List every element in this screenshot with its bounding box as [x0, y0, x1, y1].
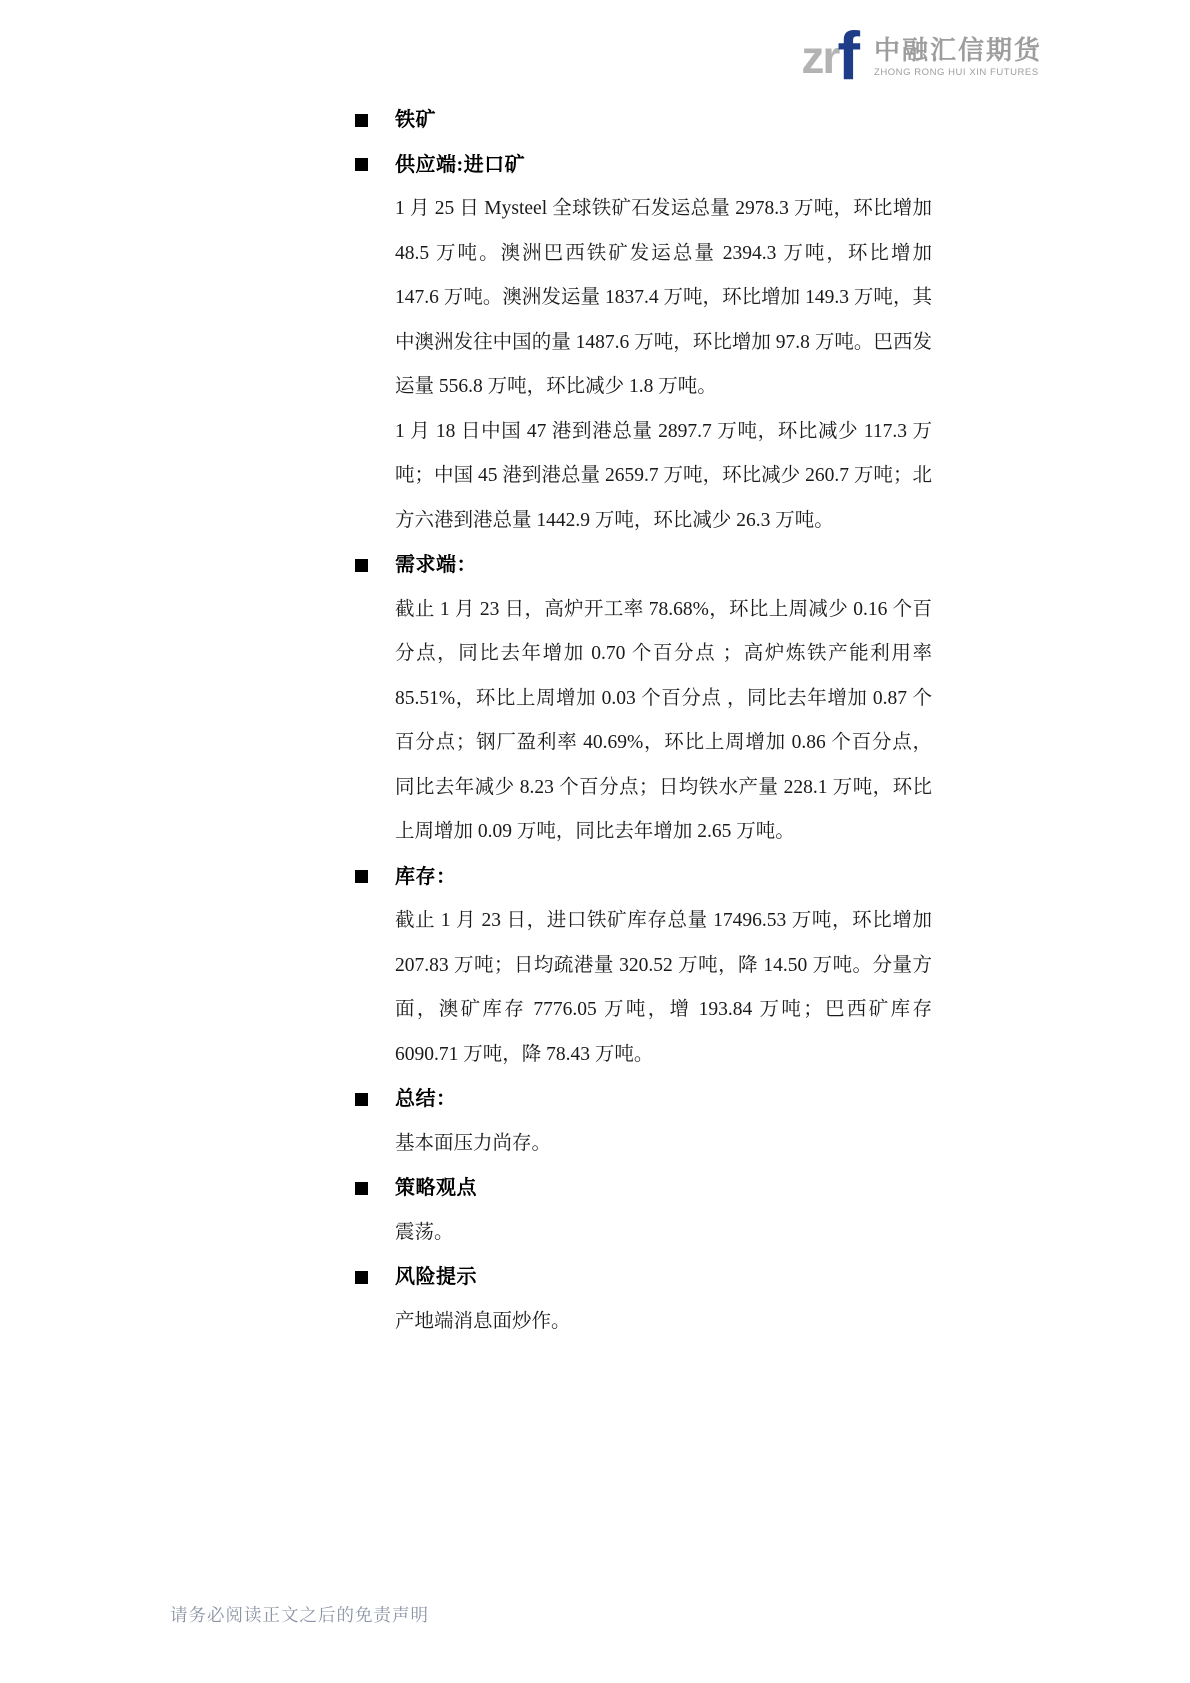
section-title: 库存： — [395, 855, 457, 900]
paragraph-blast-furnace: 截止 1 月 23 日，高炉开工率 78.68%，环比上周减少 0.16 个百分… — [395, 588, 932, 855]
section-strategy: 策略观点 震荡。 — [355, 1166, 933, 1255]
section-title: 需求端： — [395, 543, 477, 588]
heading-row: 需求端： — [355, 543, 933, 588]
paragraph-inventory: 截止 1 月 23 日，进口铁矿库存总量 17496.53 万吨，环比增加 20… — [395, 899, 932, 1077]
section-summary: 总结： 基本面压力尚存。 — [355, 1077, 933, 1166]
heading-row: 供应端:进口矿 — [355, 143, 933, 188]
paragraph-strategy: 震荡。 — [395, 1211, 932, 1256]
bullet-square-icon — [355, 1271, 368, 1284]
section-title: 供应端:进口矿 — [395, 143, 525, 188]
paragraph-port-arrivals: 1 月 18 日中国 47 港到港总量 2897.7 万吨，环比减少 117.3… — [395, 410, 932, 544]
company-name-cn: 中融汇信期货 — [874, 36, 1042, 65]
heading-row: 总结： — [355, 1077, 933, 1122]
section-inventory: 库存： 截止 1 月 23 日，进口铁矿库存总量 17496.53 万吨，环比增… — [355, 855, 933, 1078]
bullet-square-icon — [355, 1093, 368, 1106]
paragraph-global-shipments: 1 月 25 日 Mysteel 全球铁矿石发运总量 2978.3 万吨，环比增… — [395, 187, 932, 410]
heading-row: 库存： — [355, 855, 933, 900]
bullet-square-icon — [355, 870, 368, 883]
heading-row: 风险提示 — [355, 1255, 933, 1300]
bullet-square-icon — [355, 114, 368, 127]
logo-mark-f: f — [837, 22, 860, 90]
section-supply: 供应端:进口矿 1 月 25 日 Mysteel 全球铁矿石发运总量 2978.… — [355, 143, 933, 544]
bullet-square-icon — [355, 158, 368, 171]
footer-disclaimer: 请务必阅读正文之后的免责声明 — [170, 1602, 429, 1627]
section-title: 策略观点 — [395, 1166, 477, 1211]
heading-row: 策略观点 — [355, 1166, 933, 1211]
bullet-square-icon — [355, 559, 368, 572]
bullet-square-icon — [355, 1182, 368, 1195]
zrf-logo-icon: zrf — [801, 22, 860, 80]
paragraph-risk: 产地端消息面炒作。 — [395, 1300, 932, 1345]
heading-row: 铁矿 — [355, 98, 933, 143]
section-iron-ore: 铁矿 — [355, 98, 933, 143]
report-content: 铁矿 供应端:进口矿 1 月 25 日 Mysteel 全球铁矿石发运总量 29… — [355, 98, 933, 1344]
section-title: 铁矿 — [395, 98, 436, 143]
company-name-en: ZHONG RONG HUI XIN FUTURES — [874, 67, 1042, 78]
report-page: { "logo": { "mark_zr": "zr", "mark_f": "… — [0, 0, 1190, 1683]
section-demand: 需求端： 截止 1 月 23 日，高炉开工率 78.68%，环比上周减少 0.1… — [355, 543, 933, 855]
logo-text: 中融汇信期货 ZHONG RONG HUI XIN FUTURES — [874, 36, 1042, 80]
section-title: 风险提示 — [395, 1255, 477, 1300]
section-title: 总结： — [395, 1077, 457, 1122]
company-logo: zrf 中融汇信期货 ZHONG RONG HUI XIN FUTURES — [801, 22, 1042, 80]
section-risk: 风险提示 产地端消息面炒作。 — [355, 1255, 933, 1344]
paragraph-summary: 基本面压力尚存。 — [395, 1122, 932, 1167]
logo-mark-zr: zr — [801, 34, 838, 80]
